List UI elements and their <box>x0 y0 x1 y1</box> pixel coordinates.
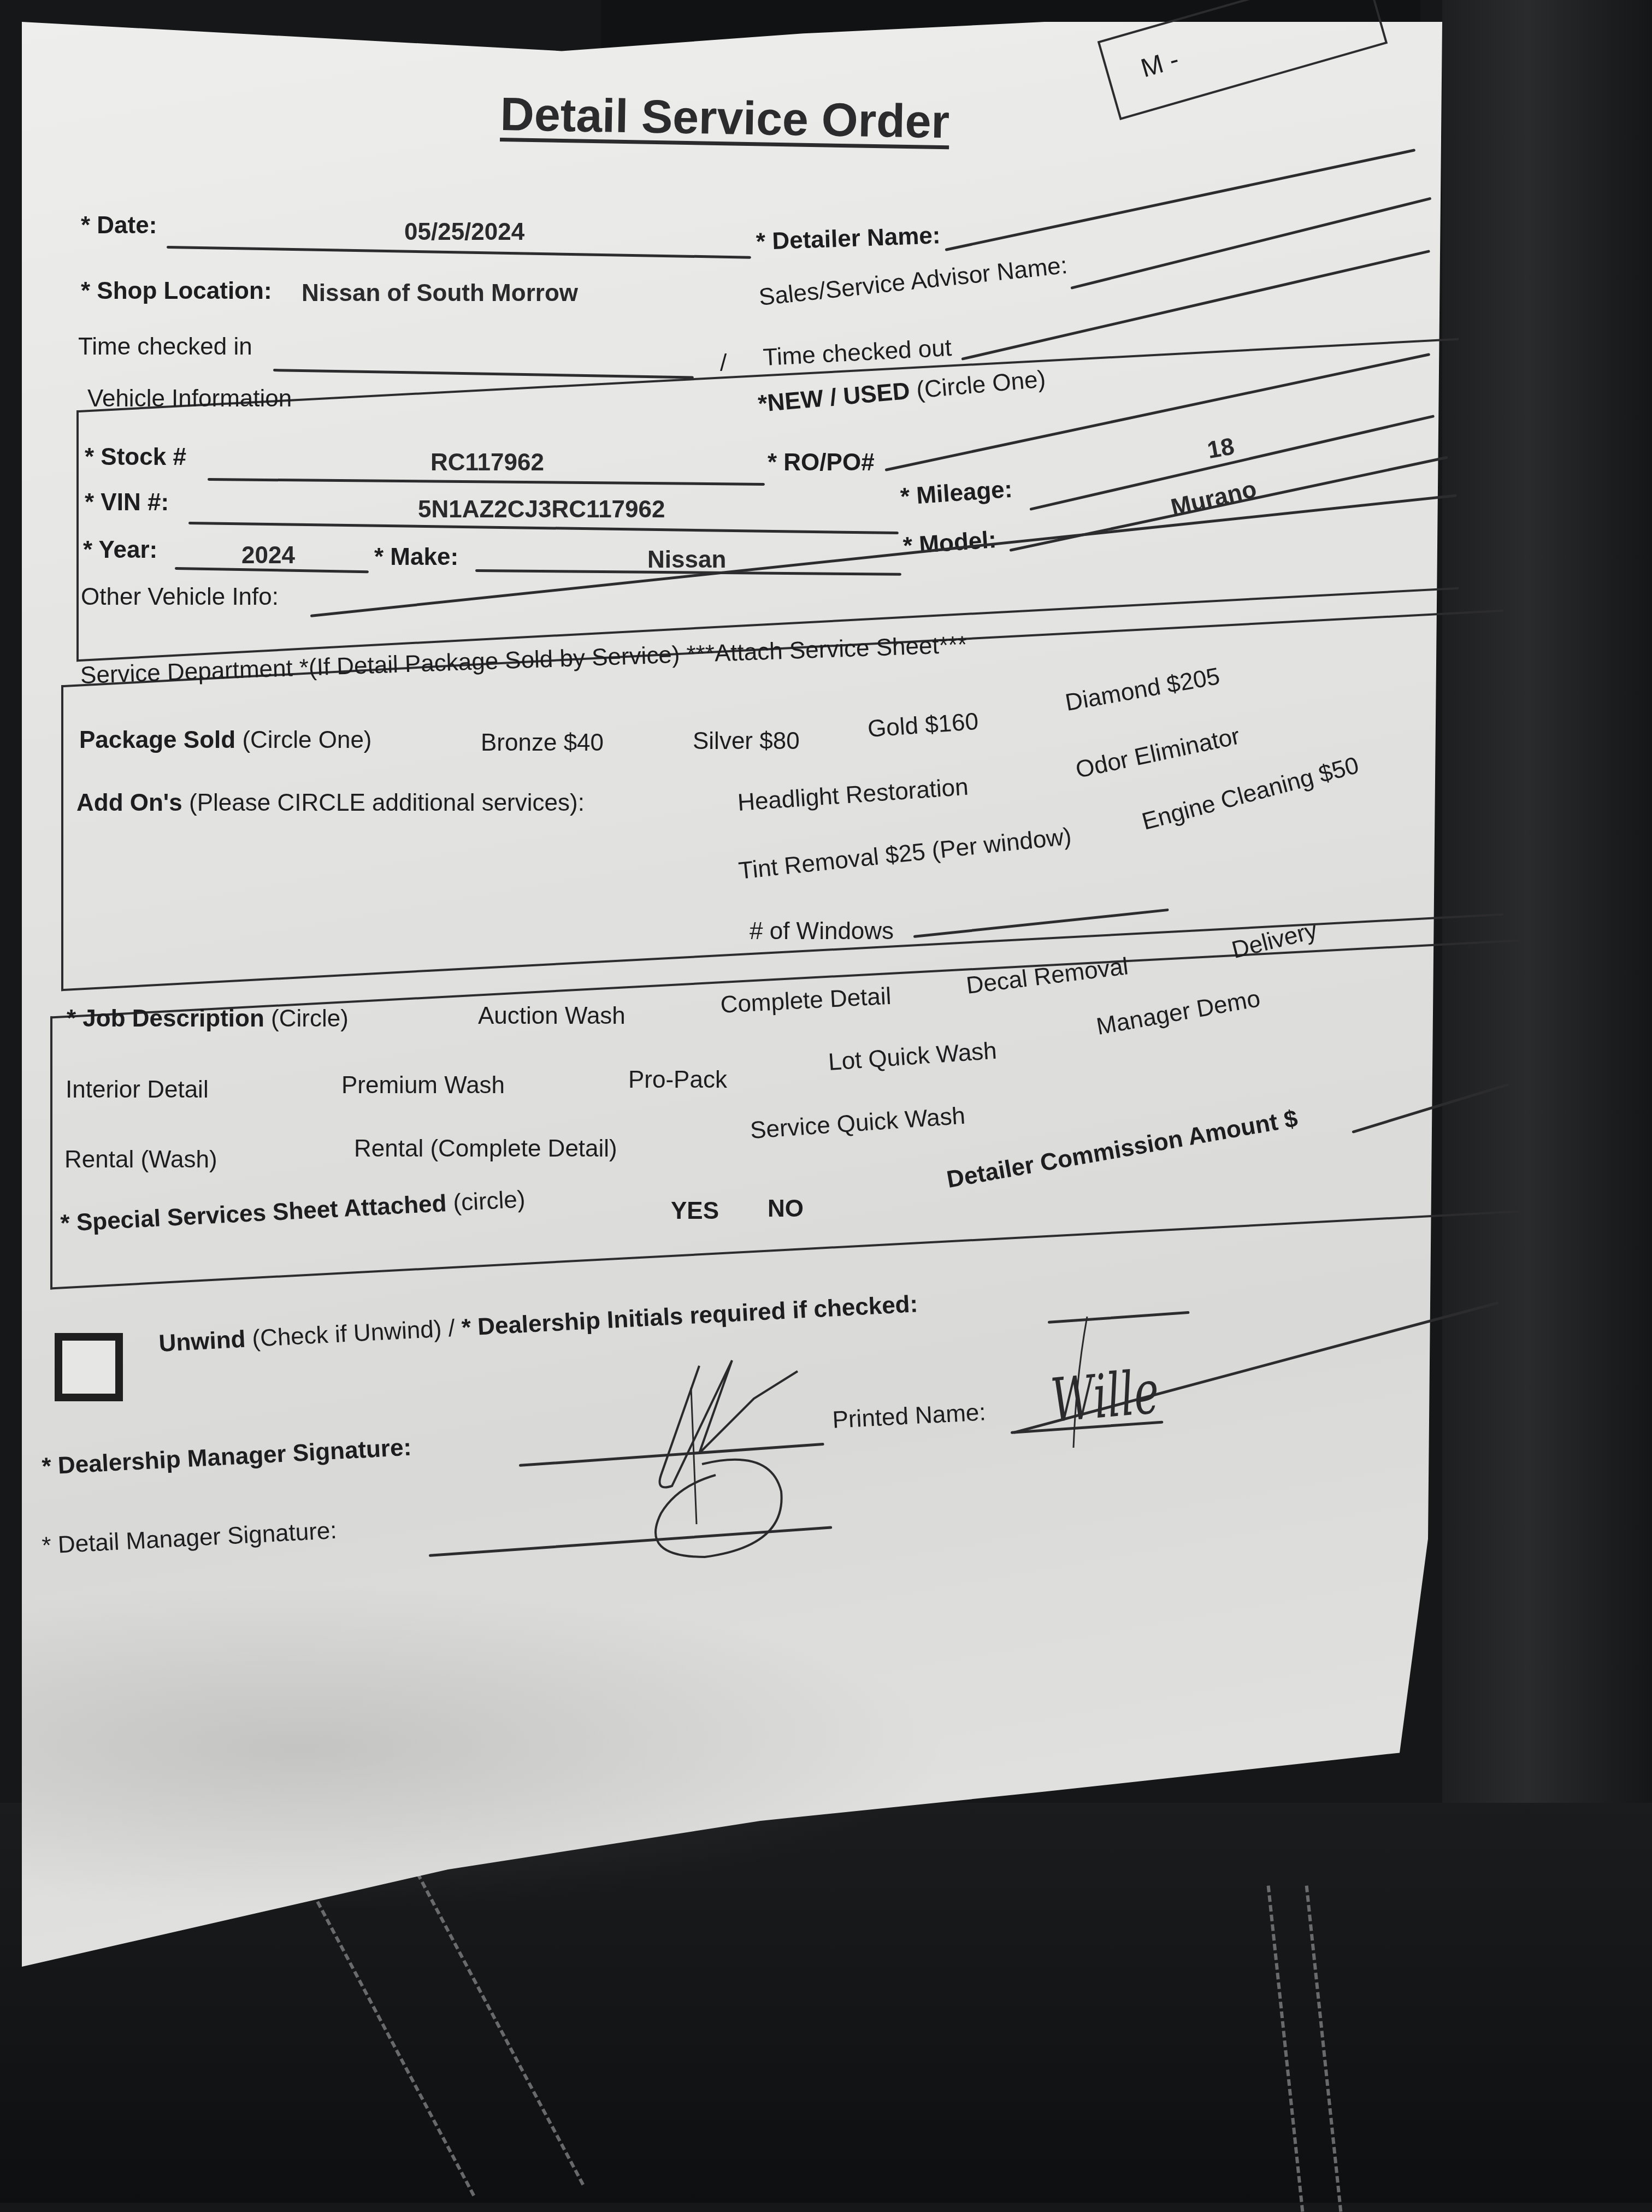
job-option-interior-detail[interactable]: Interior Detail <box>66 1076 209 1104</box>
job-description-label: * Job Description (Circle) <box>67 1005 349 1033</box>
vin-value: 5N1AZ2CJ3RC117962 <box>418 496 665 523</box>
package-sold-hint: (Circle One) <box>242 727 371 753</box>
package-sold-label-bold: Package Sold <box>79 727 235 753</box>
job-description-label-bold: * Job Description <box>67 1005 264 1032</box>
time-separator: / <box>720 350 727 377</box>
unwind-checkbox[interactable] <box>55 1333 123 1401</box>
vin-label: * VIN #: <box>85 489 169 516</box>
job-description-hint: (Circle) <box>271 1005 349 1032</box>
package-option-silver[interactable]: Silver $80 <box>693 728 800 755</box>
job-option-auction-wash[interactable]: Auction Wash <box>478 1002 626 1030</box>
add-ons-label: Add On's (Please CIRCLE additional servi… <box>76 789 585 817</box>
unwind-label-bold: Unwind <box>158 1326 246 1357</box>
manager-signature-scribble <box>590 1349 896 1568</box>
special-services-yes-option[interactable]: YES <box>671 1198 719 1225</box>
package-option-bronze[interactable]: Bronze $40 <box>481 729 604 757</box>
make-value: Nissan <box>647 546 726 574</box>
other-vehicle-info-label: Other Vehicle Info: <box>81 583 279 611</box>
job-option-rental-complete-detail[interactable]: Rental (Complete Detail) <box>354 1135 617 1163</box>
shop-location-label: * Shop Location: <box>81 278 272 305</box>
special-services-no-option[interactable]: NO <box>768 1195 804 1223</box>
windows-count-label: # of Windows <box>750 918 894 945</box>
add-ons-hint: (Please CIRCLE additional services): <box>189 789 585 816</box>
time-checked-in-label: Time checked in <box>78 333 252 361</box>
job-option-pro-pack[interactable]: Pro-Pack <box>628 1066 727 1094</box>
add-ons-label-bold: Add On's <box>76 789 182 816</box>
stock-label: * Stock # <box>85 444 186 471</box>
special-services-hint: (circle) <box>452 1185 526 1216</box>
shop-location-value: Nissan of South Morrow <box>302 280 578 307</box>
stock-value: RC117962 <box>430 449 544 476</box>
date-value: 05/25/2024 <box>404 219 524 246</box>
make-label: * Make: <box>374 544 458 571</box>
ro-po-value: 18 <box>1205 433 1236 464</box>
package-sold-label: Package Sold (Circle One) <box>79 727 372 754</box>
printed-name-value: Wille <box>1048 1356 1162 1436</box>
year-value: 2024 <box>241 542 295 569</box>
vehicle-info-heading: Vehicle Information <box>87 385 292 412</box>
job-option-premium-wash[interactable]: Premium Wash <box>341 1072 505 1099</box>
year-label: * Year: <box>83 536 157 564</box>
job-option-rental-wash[interactable]: Rental (Wash) <box>64 1146 217 1173</box>
date-label: * Date: <box>81 212 157 239</box>
page-title: Detail Service Order <box>500 87 950 149</box>
ro-po-label: * RO/PO# <box>768 449 875 476</box>
m-number-label: M - <box>1137 44 1182 84</box>
